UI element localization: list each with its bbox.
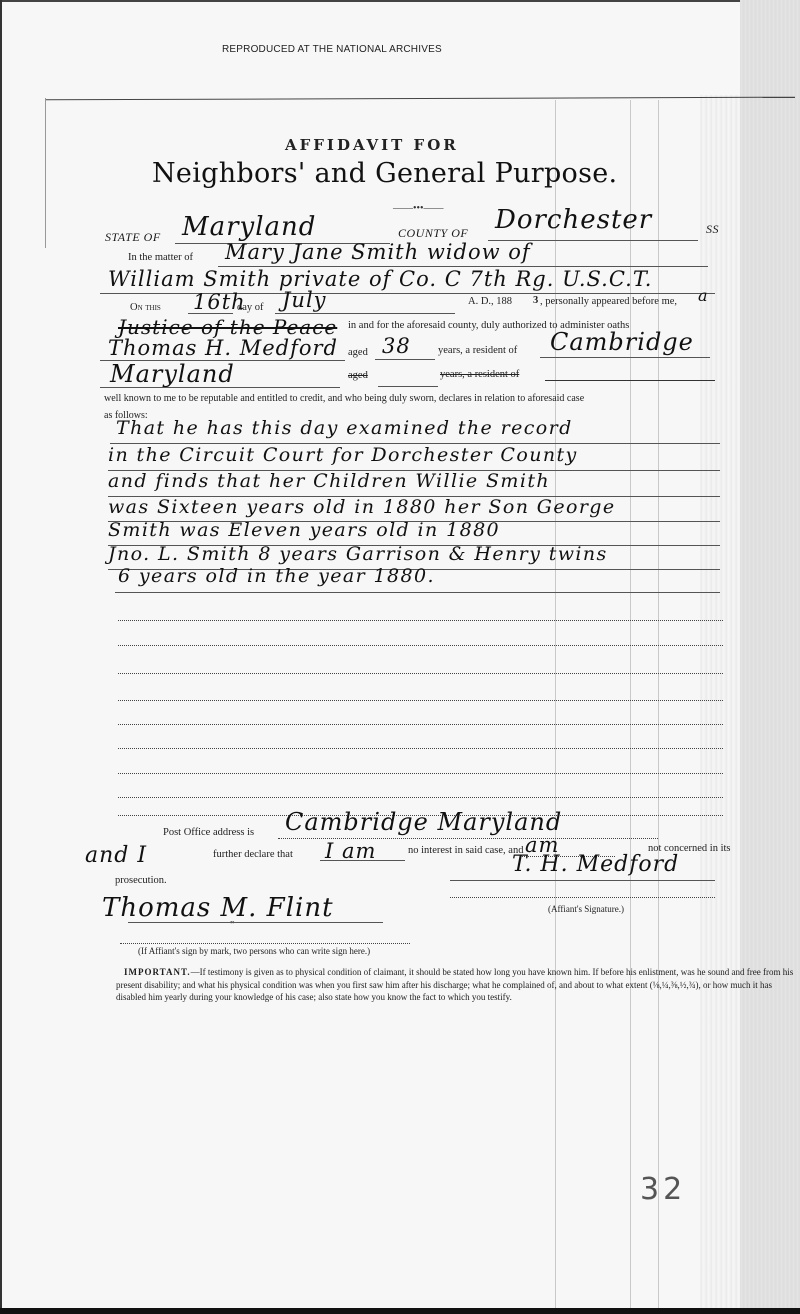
fold-line	[658, 100, 659, 1310]
blank-line	[118, 724, 723, 725]
important-text: —If testimony is given as to physical co…	[116, 967, 793, 1002]
witness-signature-line2	[120, 943, 410, 944]
county-label: COUNTY OF	[398, 226, 468, 241]
page-number: 32	[640, 1172, 686, 1207]
affiant-age-line	[375, 359, 435, 360]
testimony-line[interactable]: Jno. L. Smith 8 years Garrison & Henry t…	[108, 543, 608, 565]
post-office-value[interactable]: Cambridge Maryland	[285, 808, 562, 836]
scan-border-top	[0, 0, 800, 2]
witness-note: (If Affiant's sign by mark, two persons …	[138, 946, 370, 956]
matter-value-line1[interactable]: Mary Jane Smith widow of	[225, 240, 531, 264]
state-label: STATE OF	[105, 230, 161, 245]
form-title-line2: Neighbors' and General Purpose.	[152, 158, 617, 189]
aged-label: aged	[348, 347, 368, 358]
testimony-line[interactable]: in the Circuit Court for Dorchester Coun…	[108, 444, 578, 466]
year-digit[interactable]: 3	[533, 295, 538, 306]
further-label: further declare that	[213, 849, 293, 860]
affiant-name[interactable]: Thomas H. Medford	[108, 336, 338, 360]
important-heading: IMPORTANT.	[124, 967, 191, 977]
county-value[interactable]: Dorchester	[495, 205, 652, 235]
known-statement: well known to me to be reputable and ent…	[104, 393, 584, 404]
ss-label: SS	[706, 222, 719, 237]
month-value[interactable]: July	[282, 288, 327, 312]
appeared-suffix[interactable]: a	[698, 286, 709, 305]
day-of-label: day of	[237, 302, 264, 313]
blank-line	[118, 773, 723, 774]
prosecution-label: prosecution.	[115, 875, 167, 886]
affiant2-residence-line	[545, 380, 715, 381]
affiant-signature-line2	[450, 897, 715, 898]
testimony-line[interactable]: and finds that her Children Willie Smith	[108, 470, 550, 492]
blank-line	[118, 645, 723, 646]
appeared-label: , personally appeared before me,	[540, 296, 677, 307]
blank-line	[118, 797, 723, 798]
matter-value-line2[interactable]: William Smith private of Co. C 7th Rg. U…	[108, 267, 652, 291]
aged2-label: aged	[348, 370, 368, 381]
form-left-edge	[45, 98, 46, 248]
affiant-residence-line2[interactable]: Maryland	[110, 360, 235, 388]
testimony-rule	[115, 592, 720, 593]
blank-line	[118, 748, 723, 749]
affiant2-age-line	[378, 386, 438, 387]
affiant-signature-line	[450, 880, 715, 881]
day-field-line	[188, 313, 233, 314]
scan-border-left	[0, 0, 2, 1314]
testimony-line[interactable]: That he has this day examined the record	[116, 417, 573, 439]
affiant2-name-line	[100, 387, 340, 388]
scan-edge-shading	[700, 95, 740, 1310]
scan-edge-strip	[740, 0, 800, 1310]
form-title-line1: AFFIDAVIT FOR	[285, 136, 459, 154]
on-this-label: On this	[130, 302, 161, 313]
scan-border-bottom	[0, 1308, 800, 1314]
important-note: IMPORTANT.—If testimony is given as to p…	[116, 966, 796, 1004]
matter-label: In the matter of	[128, 252, 193, 263]
witness-signature[interactable]: Thomas M. Flint	[102, 893, 334, 923]
affiant-residence-line1[interactable]: Cambridge	[550, 328, 694, 356]
resident2-label: years, a resident of	[440, 369, 519, 380]
form-top-rule	[45, 97, 795, 101]
affiant-signature-label: (Affiant's Signature.)	[548, 904, 624, 914]
state-value[interactable]: Maryland	[182, 212, 316, 242]
archives-stamp: REPRODUCED AT THE NATIONAL ARCHIVES	[222, 44, 442, 55]
ornament-divider: ——•••——	[393, 203, 444, 214]
testimony-line[interactable]: was Sixteen years old in 1880 her Son Ge…	[108, 496, 616, 518]
blank-line	[118, 620, 723, 621]
resident-label: years, a resident of	[438, 345, 517, 356]
affiant-residence-line	[540, 357, 710, 358]
interest-label: no interest in said case, and	[408, 845, 523, 856]
month-field-line	[275, 313, 455, 314]
post-office-label: Post Office address is	[163, 827, 254, 838]
affiant-signature[interactable]: T. H. Medford	[512, 852, 679, 877]
and-i-value[interactable]: and I	[85, 843, 147, 868]
affiant-age[interactable]: 38	[382, 334, 411, 358]
ad-label: A. D., 188	[468, 296, 512, 307]
blank-line	[118, 700, 723, 701]
testimony-line[interactable]: Smith was Eleven years old in 1880	[108, 519, 500, 541]
blank-line	[118, 673, 723, 674]
testimony-line[interactable]: 6 years old in the year 1880.	[118, 565, 435, 587]
witness-signature-line	[128, 922, 383, 923]
further-line	[320, 860, 405, 861]
